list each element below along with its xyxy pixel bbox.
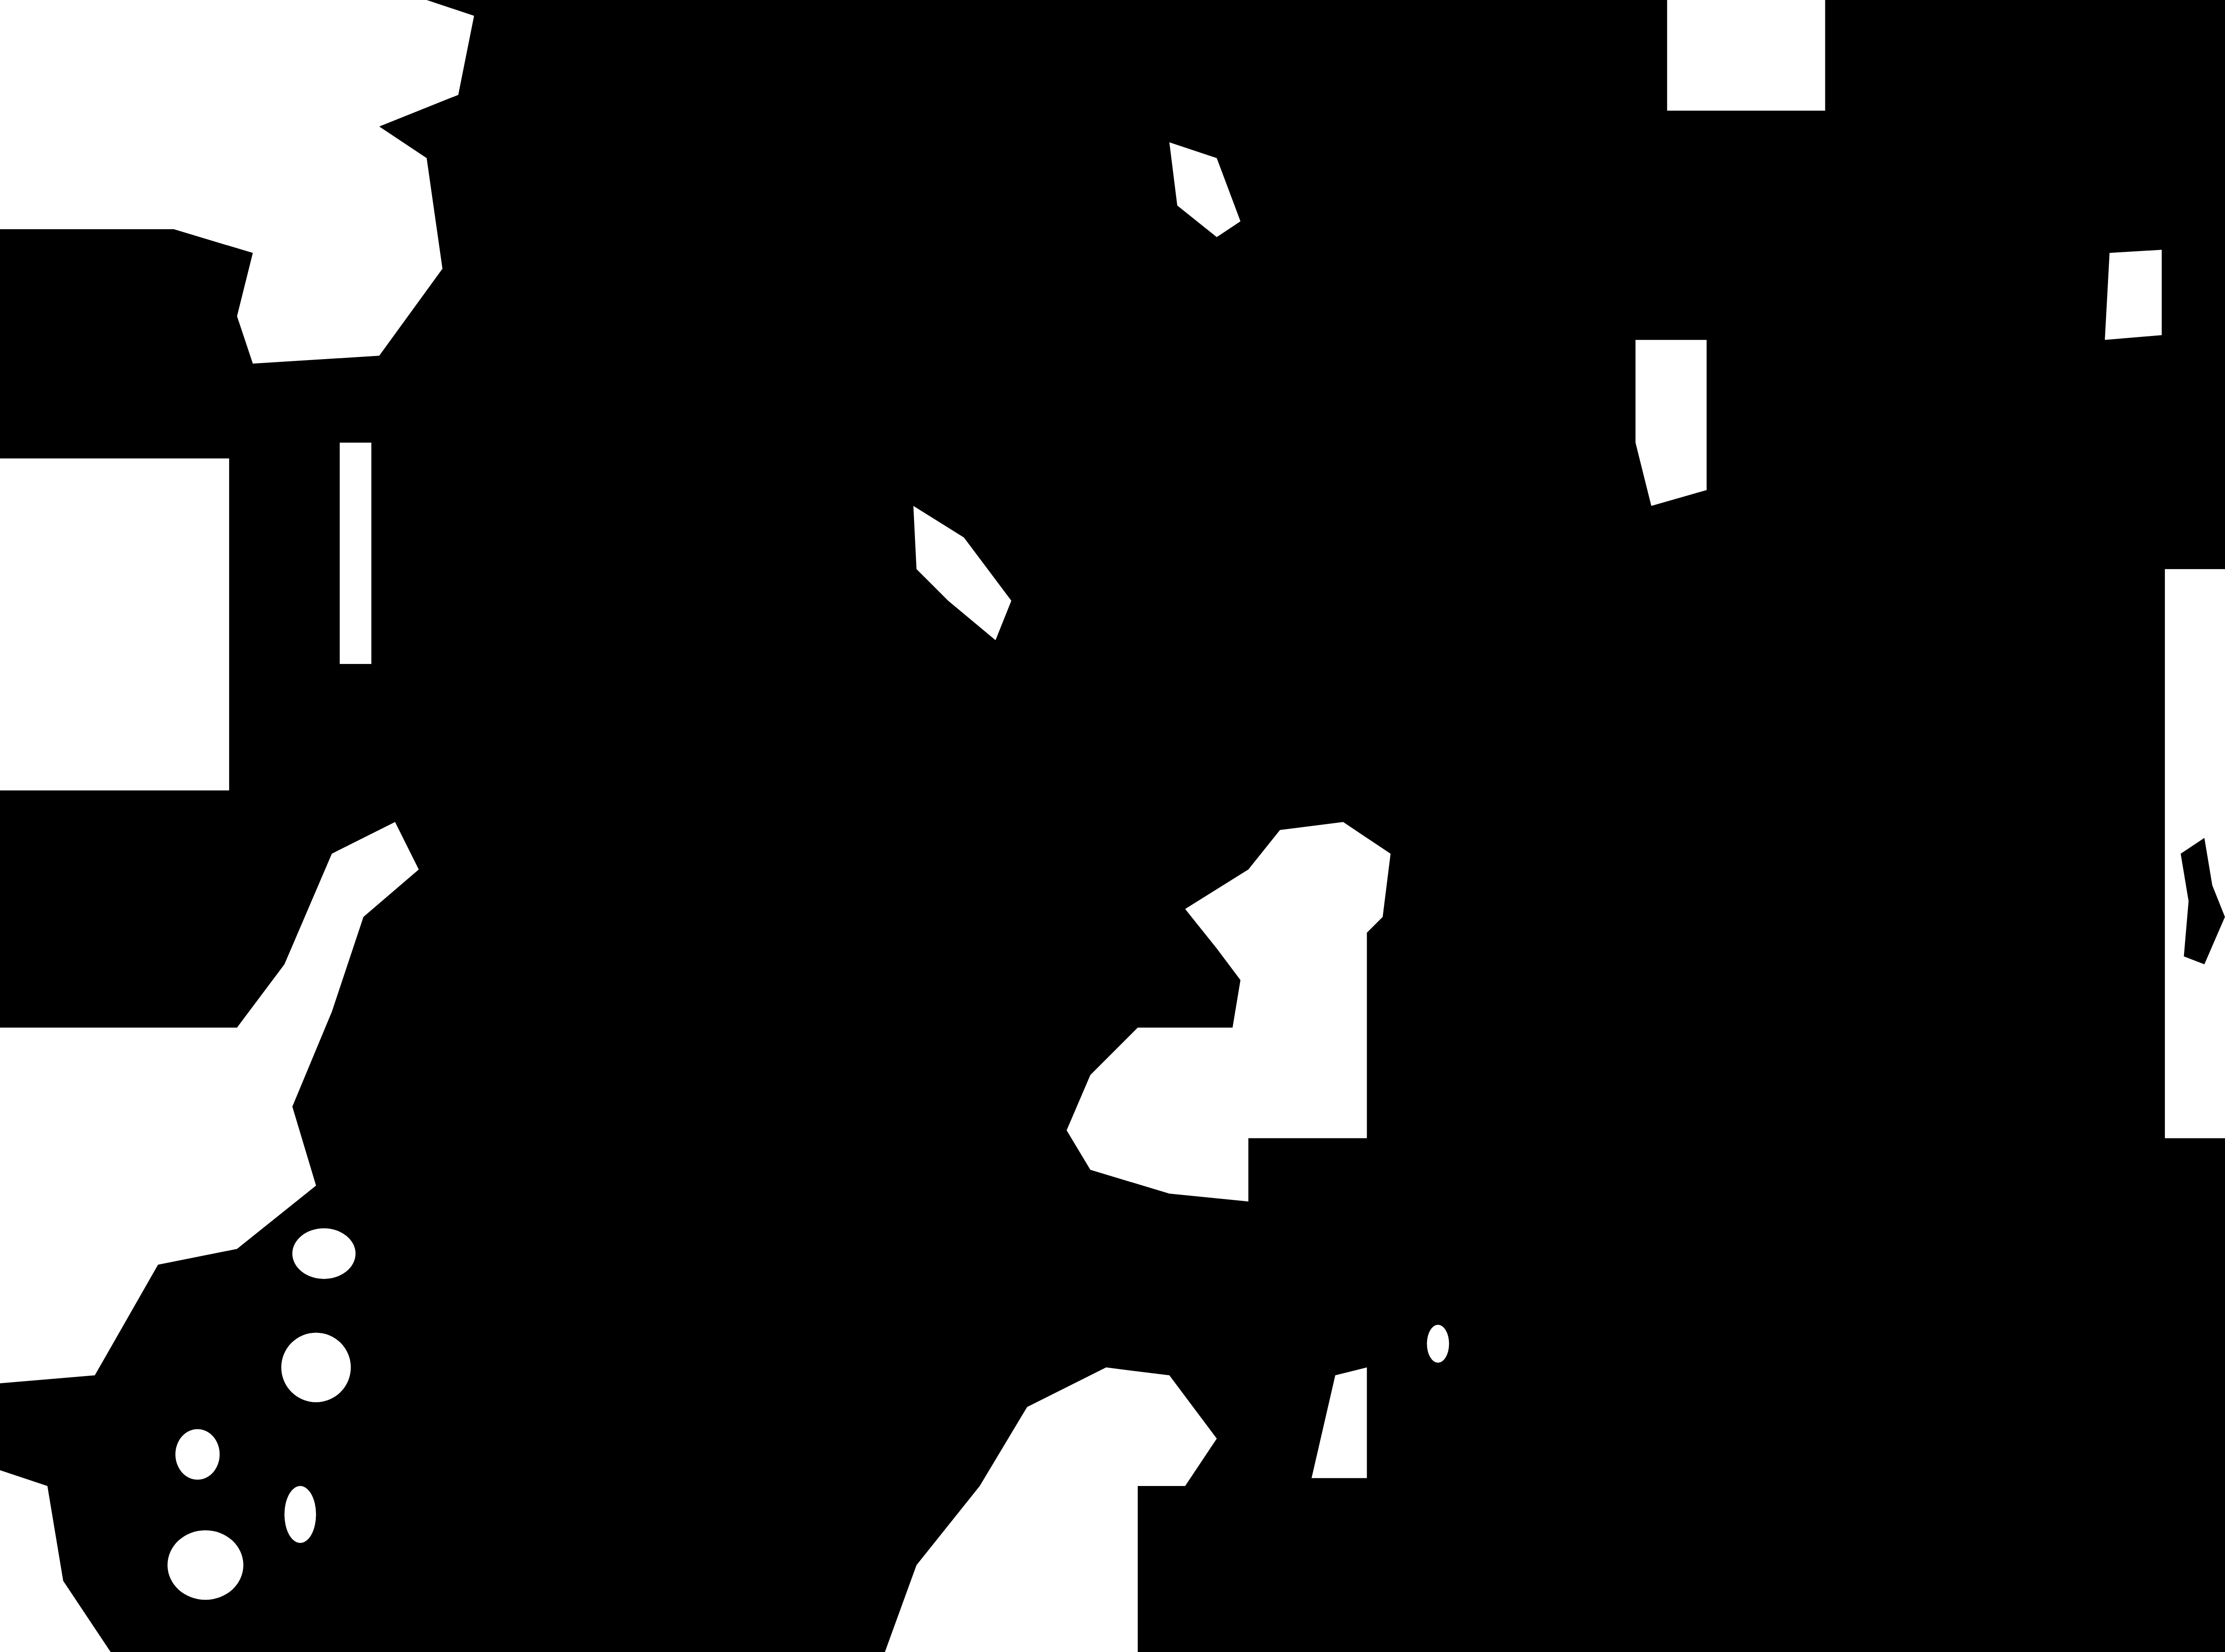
blob-mid-right-top	[1635, 340, 1707, 506]
blob-layer	[0, 0, 2225, 1652]
blob-left-dot-5	[284, 1486, 316, 1543]
blob-left-dot-1	[292, 1228, 356, 1279]
block-left-1	[0, 458, 229, 790]
blob-left-dot-3	[167, 1530, 243, 1599]
binarized-image	[0, 0, 2225, 1652]
block-left-2	[340, 443, 371, 664]
block-top-right	[1667, 0, 1825, 111]
blob-right-small	[2105, 250, 2162, 340]
blob-dot-center	[1427, 1325, 1449, 1363]
blob-left-dot-2	[281, 1332, 351, 1402]
blob-left-dot-4	[175, 1429, 219, 1480]
